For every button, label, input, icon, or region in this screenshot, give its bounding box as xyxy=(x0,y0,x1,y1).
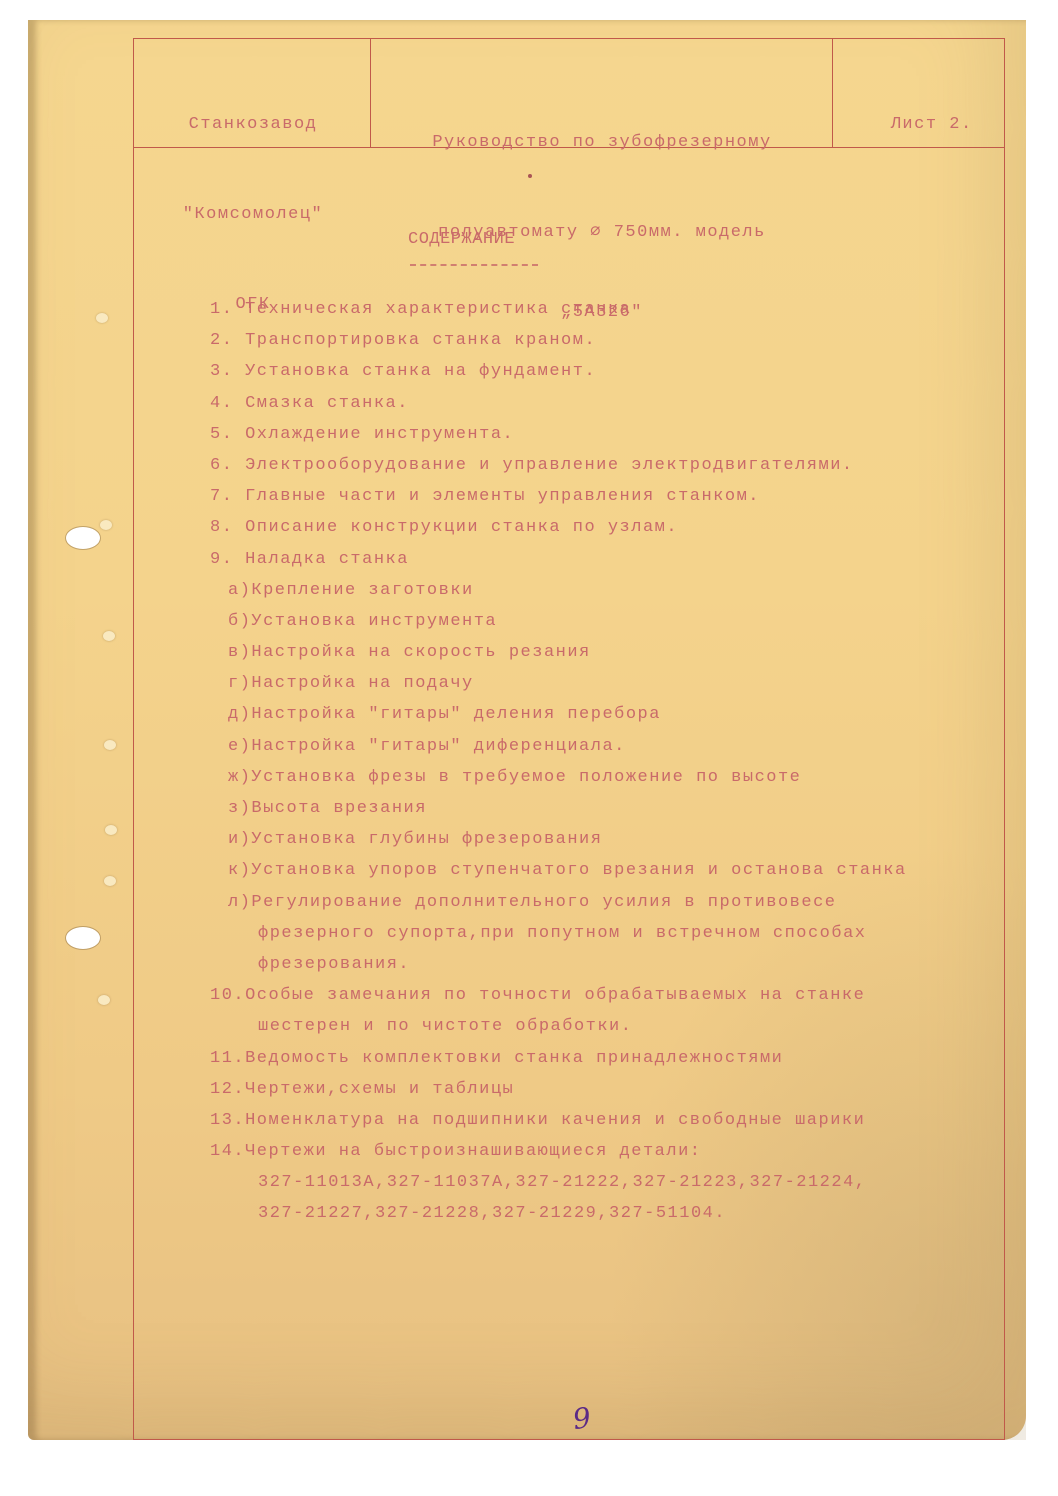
toc-item: 3. Установка станка на фундамент. xyxy=(210,356,1000,387)
header-sheet: Лист 2. xyxy=(834,80,1006,140)
toc-subitem-continuation: фрезерования. xyxy=(210,949,1000,980)
sheet-number: Лист 2. xyxy=(891,115,973,134)
toc-item: 6. Электрооборудование и управление элек… xyxy=(210,450,1000,481)
toc-item: 13.Номенклатура на подшипники качения и … xyxy=(210,1105,1000,1136)
contents-title-underline xyxy=(410,264,538,266)
ink-dot xyxy=(528,174,532,178)
toc-item-continuation: 327-21227,327-21228,327-21229,327-51104. xyxy=(210,1198,1000,1229)
staple-mark xyxy=(105,825,117,835)
toc-item: 11.Ведомость комплектовки станка принадл… xyxy=(210,1043,1000,1074)
staple-mark xyxy=(100,520,112,530)
toc-item: 7. Главные части и элементы управления с… xyxy=(210,481,1000,512)
toc-subitem: ж)Установка фрезы в требуемое положение … xyxy=(210,762,1000,793)
staple-mark xyxy=(96,313,108,323)
toc-item: 5. Охлаждение инструмента. xyxy=(210,419,1000,450)
toc-subitem: д)Настройка "гитары" деления перебора xyxy=(210,699,1000,730)
toc-subitem: е)Настройка "гитары" диференциала. xyxy=(210,731,1000,762)
header-column-divider xyxy=(370,38,371,148)
binder-hole-bottom xyxy=(66,927,100,949)
toc-item: 14.Чертежи на быстроизнашивающиеся детал… xyxy=(210,1136,1000,1167)
toc-item: 1. Техническая характеристика станка xyxy=(210,294,1000,325)
toc-subitem: а)Крепление заготовки xyxy=(210,575,1000,606)
binder-hole-top xyxy=(66,527,100,549)
toc-subitem-continuation: фрезерного супорта,при попутном и встреч… xyxy=(210,918,1000,949)
toc-item: 10.Особые замечания по точности обрабаты… xyxy=(210,980,1000,1011)
toc-subitem: з)Высота врезания xyxy=(210,793,1000,824)
document-title-line-1: Руководство по зубофрезерному xyxy=(372,128,832,158)
toc-item: 2. Транспортировка станка краном. xyxy=(210,325,1000,356)
toc-subitem: и)Установка глубины фрезерования xyxy=(210,824,1000,855)
table-of-contents: 1. Техническая характеристика станка2. Т… xyxy=(210,294,1000,1230)
toc-subitem: в)Настройка на скорость резания xyxy=(210,637,1000,668)
toc-subitem: б)Установка инструмента xyxy=(210,606,1000,637)
staple-mark xyxy=(104,876,116,886)
toc-item: 12.Чертежи,схемы и таблицы xyxy=(210,1074,1000,1105)
staple-mark xyxy=(103,631,115,641)
toc-subitem: к)Установка упоров ступенчатого врезания… xyxy=(210,855,1000,886)
toc-subitem: л)Регулирование дополнительного усилия в… xyxy=(210,887,1000,918)
contents-title: СОДЕРЖАНИЕ xyxy=(408,230,515,249)
organization-plant: "Комсомолец" xyxy=(136,200,370,230)
toc-item-continuation: 327-11013А,327-11037А,327-21222,327-2122… xyxy=(210,1167,1000,1198)
toc-item-continuation: шестерен и по чистоте обработки. xyxy=(210,1011,1000,1042)
toc-item: 4. Смазка станка. xyxy=(210,388,1000,419)
staple-mark xyxy=(104,740,116,750)
staple-mark xyxy=(98,995,110,1005)
toc-item: 9. Наладка станка xyxy=(210,544,1000,575)
toc-subitem: г)Настройка на подачу xyxy=(210,668,1000,699)
organization-name: Станкозавод xyxy=(136,110,370,140)
toc-item: 8. Описание конструкции станка по узлам. xyxy=(210,512,1000,543)
header-column-divider xyxy=(832,38,833,148)
